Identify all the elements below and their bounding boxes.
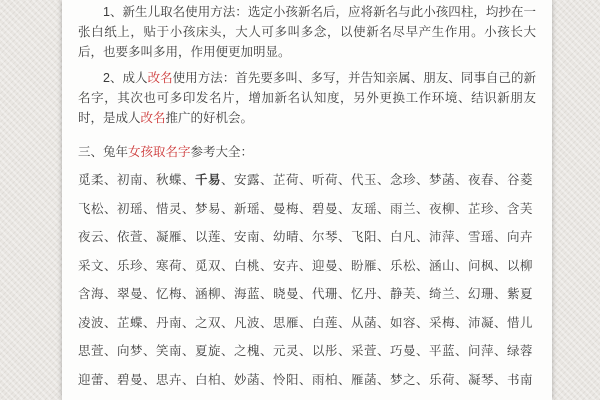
name-row: 觅柔、初南、秋蝶、千易、安露、芷荷、听荷、代玉、念珍、梦菡、夜春、谷菱 — [78, 172, 536, 188]
name-row-text: 凌波、芷蝶、丹南、之双、凡波、思雁、白莲、从菡、如容、采梅、沛凝、惜儿 — [78, 316, 533, 330]
name-row: 迎蕾、碧曼、思卉、白柏、妙菡、怜阳、雨柏、雁菡、梦之、乐荷、凝琴、书南 — [78, 372, 536, 388]
name-row-text: 飞松、初瑶、惜灵、梦易、新瑶、曼梅、碧曼、友瑶、雨兰、夜柳、芷珍、含芙 — [78, 202, 533, 216]
name-row: 采文、乐珍、寒荷、觅双、白桃、安卉、迎曼、盼雁、乐松、涵山、问枫、以柳 — [78, 258, 536, 274]
name-row-text: 夜云、依萱、凝雁、以莲、安南、幼晴、尔琴、飞阳、白凡、沛萍、雪瑶、向卉 — [78, 230, 533, 244]
name-row: 含海、翠曼、忆梅、涵柳、海蓝、晓曼、代珊、忆丹、静芙、绮兰、幻珊、紫夏 — [78, 286, 536, 302]
paragraph-adult-renaming: 2、成人改名使用方法：首先要多叫、多写，并告知亲属、朋友、同事自己的新名字，其次… — [78, 68, 536, 128]
name-row-bold-text: 千易 — [195, 173, 221, 187]
name-row: 思萱、向梦、笑南、夏旋、之槐、元灵、以彤、采萱、巧曼、平蓝、问萍、绿蓉 — [78, 343, 536, 359]
heading-text: 三、兔年 — [78, 145, 128, 159]
name-row: 夜云、依萱、凝雁、以莲、安南、幼晴、尔琴、飞阳、白凡、沛萍、雪瑶、向卉 — [78, 229, 536, 245]
name-row-text: 迎蕾、碧曼、思卉、白柏、妙菡、怜阳、雨柏、雁菡、梦之、乐荷、凝琴、书南 — [78, 373, 533, 387]
paragraph-text: 推广的好机会。 — [166, 111, 254, 125]
name-row: 凌波、芷蝶、丹南、之双、凡波、思雁、白莲、从菡、如容、采梅、沛凝、惜儿 — [78, 315, 536, 331]
highlight-red-text: 改名 — [148, 71, 173, 85]
article-background: { "accent_color": "#cc3333", "text_color… — [0, 0, 600, 400]
name-row-text: 含海、翠曼、忆梅、涵柳、海蓝、晓曼、代珊、忆丹、静芙、绮兰、幻珊、紫夏 — [78, 287, 533, 301]
name-row-text: 、安露、芷荷、听荷、代玉、念珍、梦菡、夜春、谷菱 — [221, 173, 533, 187]
document-page: 1、新生儿取名使用方法：选定小孩新名后，应将新名与此小孩四柱，均抄在一张白纸上，… — [62, 0, 552, 400]
paragraph-newborn-naming: 1、新生儿取名使用方法：选定小孩新名后，应将新名与此小孩四柱，均抄在一张白纸上，… — [78, 2, 536, 62]
name-row-text: 觅柔、初南、秋蝶、 — [78, 173, 195, 187]
name-list: 觅柔、初南、秋蝶、千易、安露、芷荷、听荷、代玉、念珍、梦菡、夜春、谷菱 飞松、初… — [78, 172, 536, 388]
highlight-red-text: 改名 — [141, 111, 166, 125]
name-row-text: 采文、乐珍、寒荷、觅双、白桃、安卉、迎曼、盼雁、乐松、涵山、问枫、以柳 — [78, 259, 533, 273]
section-heading: 三、兔年女孩取名字参考大全： — [78, 142, 536, 162]
name-row: 飞松、初瑶、惜灵、梦易、新瑶、曼梅、碧曼、友瑶、雨兰、夜柳、芷珍、含芙 — [78, 201, 536, 217]
heading-text: 参考大全： — [191, 145, 254, 159]
paragraph-text: 1、新生儿取名使用方法：选定小孩新名后，应将新名与此小孩四柱，均抄在一张白纸上，… — [78, 5, 536, 59]
paragraph-text: 2、成人 — [103, 71, 148, 85]
name-row-text: 思萱、向梦、笑南、夏旋、之槐、元灵、以彤、采萱、巧曼、平蓝、问萍、绿蓉 — [78, 344, 533, 358]
highlight-red-text: 女孩取名字 — [128, 145, 191, 159]
